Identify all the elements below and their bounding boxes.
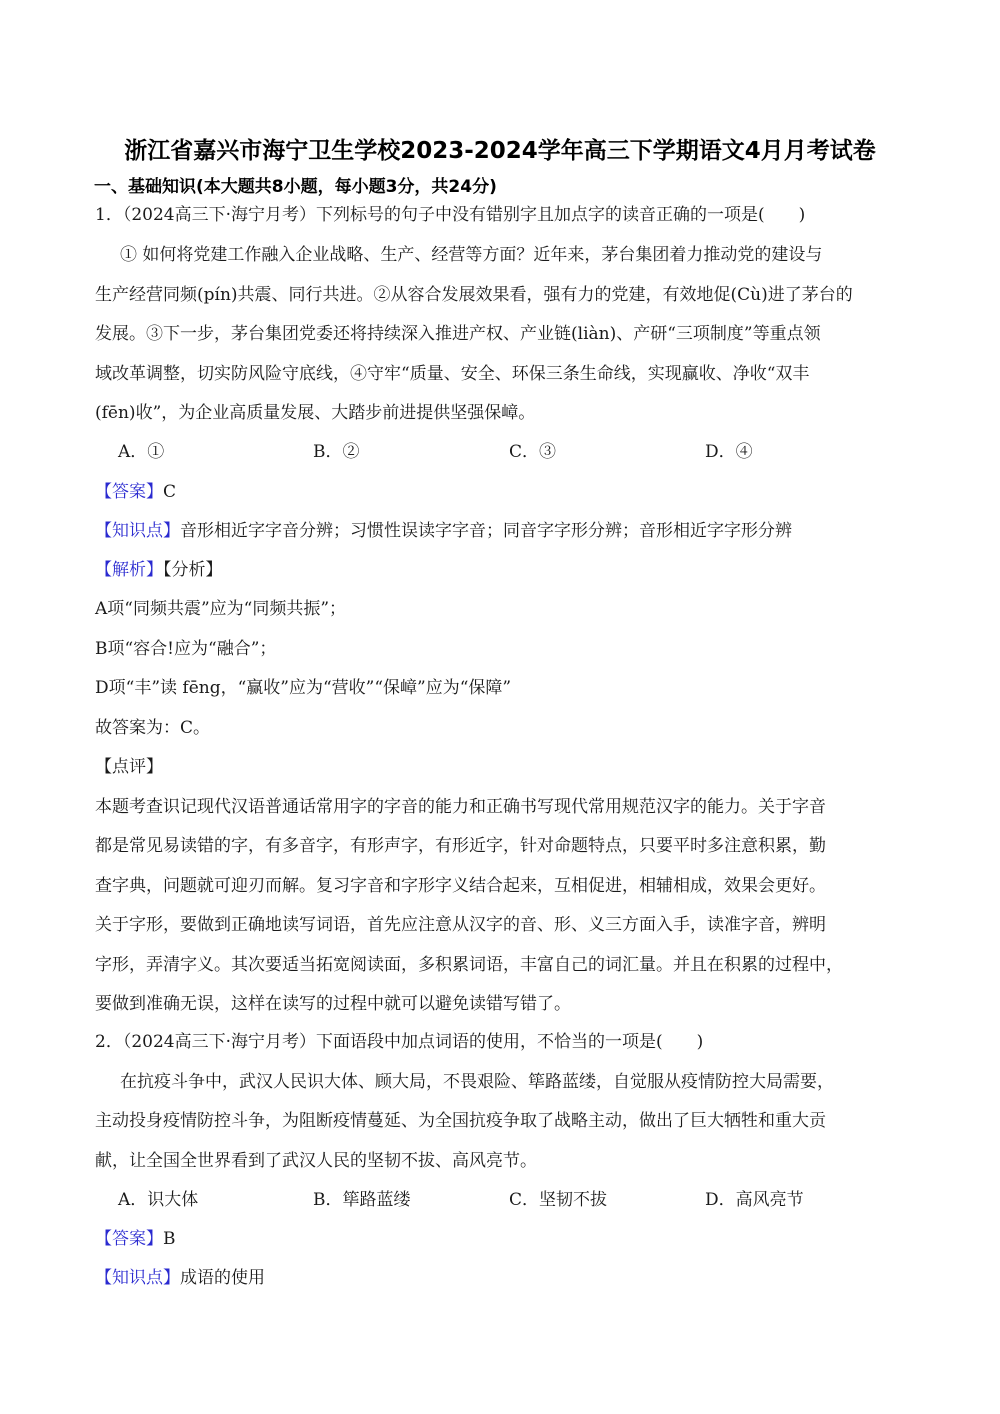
q1-option-c: C．③ xyxy=(509,440,556,464)
q2-option-b: B．筚路蓝缕 xyxy=(313,1188,411,1212)
answer-value: B xyxy=(163,1229,176,1249)
q2-passage-line: 献，让全国全世界看到了武汉人民的坚韧不拔、高风亮节。 xyxy=(95,1149,537,1173)
q2-passage-line: 主动投身疫情防控斗争，为阻断疫情蔓延、为全国抗疫争取了战略主动，做出了巨大牺牲和… xyxy=(95,1109,826,1133)
q2-option-a: A．识大体 xyxy=(118,1188,198,1212)
q1-analysis-line: A项“同频共震”应为“同频共振”； xyxy=(95,597,346,621)
q1-comment-line: 字形，弄清字义。其次要适当拓宽阅读面，多积累词语，丰富自己的词汇量。并且在积累的… xyxy=(95,953,843,977)
knowledge-label: 【知识点】 xyxy=(95,521,180,541)
answer-value: C xyxy=(163,482,176,502)
answer-label: 【答案】 xyxy=(95,482,163,502)
q1-stem: 1．（2024高三下·海宁月考）下列标号的句子中没有错别字且加点字的读音正确的一… xyxy=(95,203,805,227)
section-heading: 一、基础知识(本大题共8小题，每小题3分，共24分) xyxy=(94,172,497,197)
q1-comment-label: 【点评】 xyxy=(95,755,163,779)
q2-option-c: C．坚韧不拔 xyxy=(509,1188,607,1212)
q1-analysis-line: B项“容合!应为“融合”； xyxy=(95,637,276,661)
analysis-label: 【解析】 xyxy=(95,560,163,580)
q2-option-d: D．高风亮节 xyxy=(705,1188,804,1212)
q1-option-a: A．① xyxy=(118,440,164,464)
knowledge-label: 【知识点】 xyxy=(95,1268,180,1288)
q1-option-d: D．④ xyxy=(705,440,753,464)
q1-analysis-line: D项“丰”读 fēng，“赢收”应为“营收”“保嶂”应为“保障” xyxy=(95,676,511,700)
document-title: 浙江省嘉兴市海宁卫生学校2023-2024学年高三下学期语文4月月考试卷 xyxy=(0,132,1000,165)
q1-comment-line: 关于字形，要做到正确地读写词语，首先应注意从汉字的音、形、义三方面入手，读准字音… xyxy=(95,913,826,937)
knowledge-value: 音形相近字字音分辨；习惯性误读字字音；同音字字形分辨；音形相近字字形分辨 xyxy=(180,521,792,541)
q1-passage-line: 域改革调整，切实防风险守底线，④守牢“质量、安全、环保三条生命线，实现赢收、净收… xyxy=(95,362,809,386)
knowledge-value: 成语的使用 xyxy=(180,1268,265,1288)
q2-answer-row: 【答案】B xyxy=(95,1227,176,1251)
q1-analysis-row: 【解析】【分析】 xyxy=(95,558,223,582)
q1-passage-line: ① 如何将党建工作融入企业战略、生产、经营等方面？近年来，茅台集团着力推动党的建… xyxy=(120,243,822,267)
q1-answer-row: 【答案】C xyxy=(95,480,176,504)
exam-page: 浙江省嘉兴市海宁卫生学校2023-2024学年高三下学期语文4月月考试卷 一、基… xyxy=(0,0,1000,1414)
q2-stem: 2．（2024高三下·海宁月考）下面语段中加点词语的使用，不恰当的一项是( ) xyxy=(95,1030,703,1054)
q1-knowledge-row: 【知识点】音形相近字字音分辨；习惯性误读字字音；同音字字形分辨；音形相近字字形分… xyxy=(95,519,792,543)
q1-passage-line: 发展。③下一步，茅台集团党委还将持续深入推进产权、产业链(liàn)、产研“三项… xyxy=(95,322,821,346)
q1-comment-line: 查字典，问题就可迎刃而解。复习字音和字形字义结合起来，互相促进，相辅相成，效果会… xyxy=(95,874,826,898)
q1-comment-line: 本题考查识记现代汉语普通话常用字的字音的能力和正确书写现代常用规范汉字的能力。关… xyxy=(95,795,826,819)
q1-option-b: B．② xyxy=(313,440,360,464)
analysis-sub-label: 【分析】 xyxy=(163,560,223,580)
q2-knowledge-row: 【知识点】成语的使用 xyxy=(95,1266,265,1290)
q1-passage-line: (fēn)收”，为企业高质量发展、大踏步前进提供坚强保嶂。 xyxy=(95,401,535,425)
q1-analysis-line: 故答案为：C。 xyxy=(95,716,210,740)
answer-label: 【答案】 xyxy=(95,1229,163,1249)
q1-comment-line: 都是常见易读错的字，有多音字，有形声字，有形近字，针对命题特点，只要平时多注意积… xyxy=(95,834,826,858)
q1-comment-line: 要做到准确无误，这样在读写的过程中就可以避免读错写错了。 xyxy=(95,992,571,1016)
q2-passage-line: 在抗疫斗争中，武汉人民识大体、顾大局，不畏艰险、筚路蓝缕，自觉服从疫情防控大局需… xyxy=(120,1070,834,1094)
q1-passage-line: 生产经营同频(pín)共震、同行共进。②从容合发展效果看，强有力的党建，有效地促… xyxy=(95,283,853,307)
